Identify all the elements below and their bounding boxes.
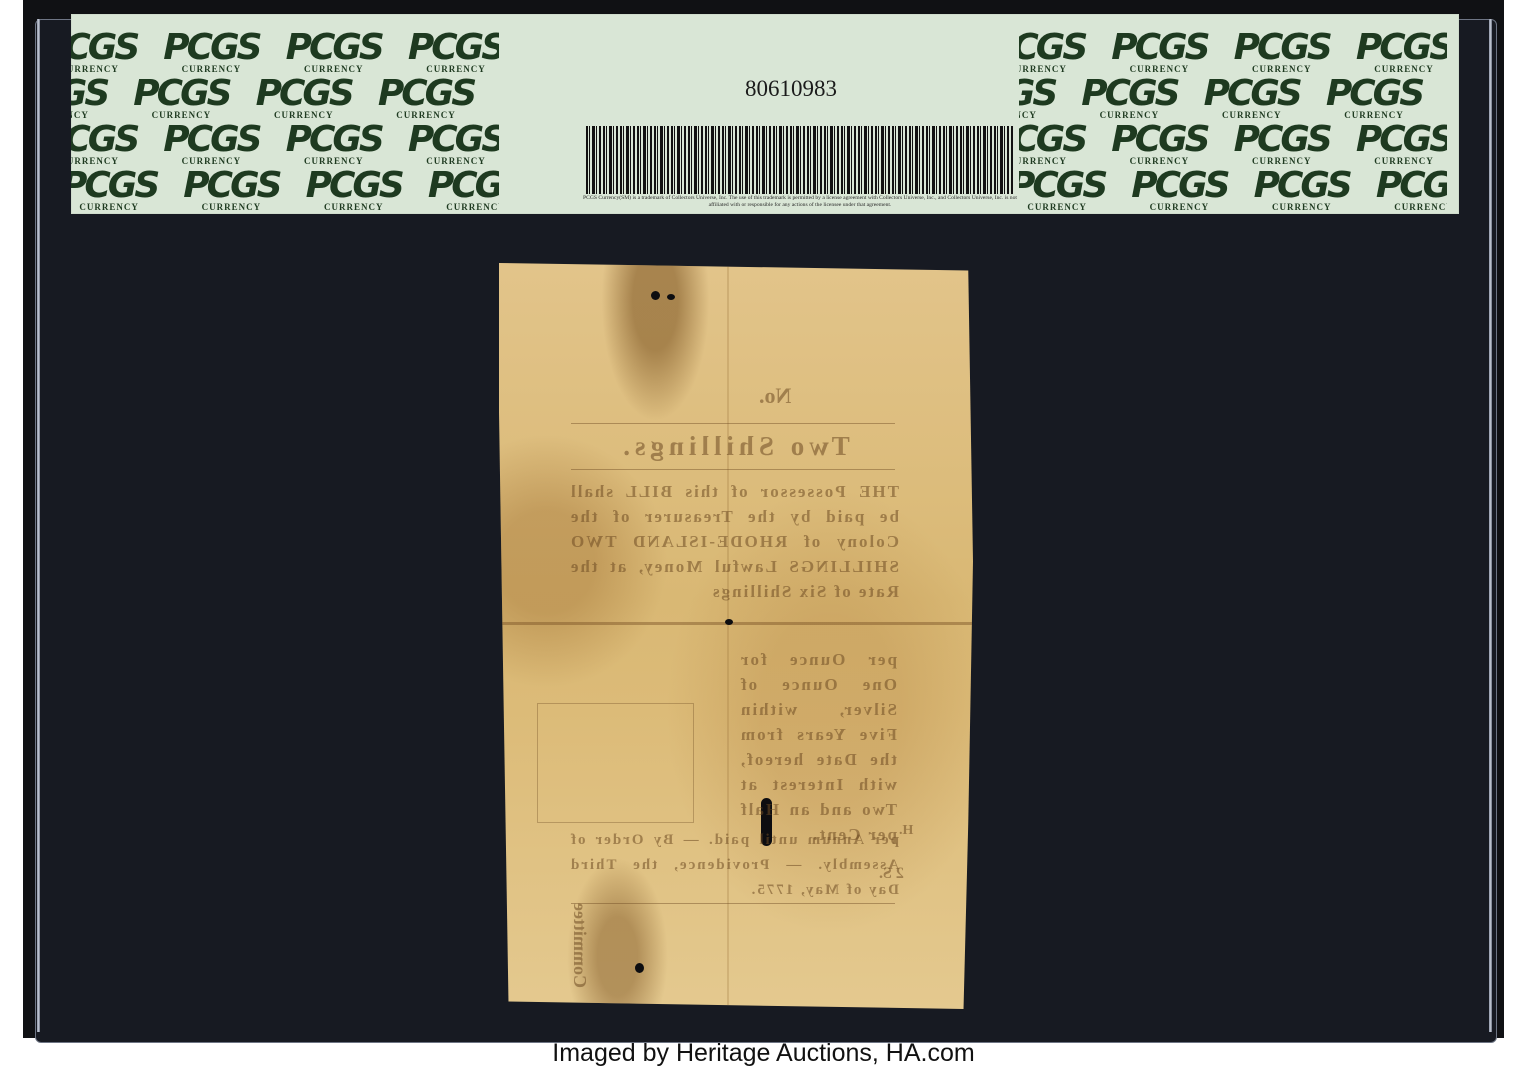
pcgs-logo-icon: PCGSCURRENCY — [378, 78, 474, 120]
horizontal-fold — [499, 622, 973, 625]
holder-scan-background: PCGSCURRENCY PCGSCURRENCY PCGSCURRENCY P… — [23, 0, 1504, 1038]
pcgs-logo-icon: PCGSCURRENCY — [1081, 78, 1177, 120]
trademark-disclaimer: PCGS Currency(SM) is a trademark of Coll… — [579, 195, 1021, 209]
pcgs-logo-icon: PCGSCURRENCY — [1254, 170, 1350, 212]
pcgs-logo-icon: PCGSCURRENCY — [133, 78, 229, 120]
rule-top — [571, 423, 895, 424]
holder-left-edge — [37, 19, 40, 1032]
seal-box — [537, 703, 694, 823]
pcgs-logo-icon: PCGSCURRENCY — [1111, 32, 1207, 74]
note-body-bottom: per Annum until paid. — By Order of Asse… — [569, 828, 899, 903]
pcgs-logo-icon: PCGSCURRENCY — [286, 32, 382, 74]
note-denomination-title: Two Shillings. — [569, 431, 899, 462]
hole-top-2 — [667, 294, 675, 300]
rule-title — [571, 469, 895, 470]
cert-number: 80610983 — [561, 76, 1021, 102]
pcgs-logo-icon: PCGSCURRENCY — [408, 32, 499, 74]
pcgs-logo-icon: PCGSCURRENCY — [1019, 78, 1055, 120]
note-body-middle: per Ounce for One Ounce of Silver, withi… — [739, 647, 897, 847]
pcgs-logo-icon: PCGSCURRENCY — [408, 124, 499, 166]
holder-right-edge — [1489, 19, 1492, 1032]
pcgs-logo-icon: PCGSCURRENCY — [1019, 32, 1085, 74]
pcgs-logo-icon: PCGSCURRENCY — [1326, 78, 1422, 120]
pcgs-logo-icon: PCGSCURRENCY — [163, 124, 259, 166]
pcgs-logo-icon: PCGSCURRENCY — [1019, 170, 1105, 212]
pcgs-logo-icon: PCGSCURRENCY — [1131, 170, 1227, 212]
pcgs-logo-icon: PCGSCURRENCY — [428, 170, 499, 212]
pcgs-logo-icon: PCGSCURRENCY — [71, 78, 107, 120]
image-credit: Imaged by Heritage Auctions, HA.com — [0, 1038, 1527, 1069]
pcgs-logo-icon: PCGSCURRENCY — [1356, 124, 1447, 166]
rule-bottom — [571, 903, 895, 904]
barcode — [586, 126, 1014, 194]
note-body-top: THE Possessor of this BILL shall be paid… — [569, 479, 899, 604]
note-tag: H. — [899, 823, 913, 839]
hole-bottom — [635, 963, 644, 973]
pcgs-logo-pattern-left: PCGSCURRENCY PCGSCURRENCY PCGSCURRENCY P… — [71, 14, 499, 214]
pcgs-logo-icon: PCGSCURRENCY — [1234, 124, 1330, 166]
pcgs-logo-icon: PCGSCURRENCY — [1356, 32, 1447, 74]
pcgs-logo-icon: PCGSCURRENCY — [306, 170, 402, 212]
pcgs-logo-icon: PCGSCURRENCY — [1234, 32, 1330, 74]
pcgs-logo-pattern-right: PCGSCURRENCY PCGSCURRENCY PCGSCURRENCY P… — [1019, 14, 1447, 214]
note-number-prefix: No. — [759, 383, 791, 409]
pcgs-logo-icon: PCGSCURRENCY — [163, 32, 259, 74]
pcgs-label: PCGSCURRENCY PCGSCURRENCY PCGSCURRENCY P… — [71, 14, 1459, 214]
note-amount: 2 S. — [879, 865, 904, 883]
note-committee: Committee — [569, 903, 590, 988]
pcgs-logo-icon: PCGSCURRENCY — [183, 170, 279, 212]
hole-top — [651, 291, 660, 300]
label-center: 80610983 PCGS Currency(SM) is a trademar… — [561, 14, 1021, 214]
pcgs-logo-icon: PCGSCURRENCY — [1111, 124, 1207, 166]
pcgs-logo-icon: PCGSCURRENCY — [286, 124, 382, 166]
pcgs-logo-icon: PCGSCURRENCY — [256, 78, 352, 120]
pcgs-logo-icon: PCGSCURRENCY — [71, 32, 137, 74]
pcgs-logo-icon: PCGSCURRENCY — [71, 170, 157, 212]
colonial-note-back: No. Two Shillings. THE Possessor of this… — [499, 263, 973, 1009]
hole-fold — [725, 619, 733, 625]
pcgs-logo-icon: PCGSCURRENCY — [1376, 170, 1447, 212]
pcgs-logo-icon: PCGSCURRENCY — [71, 124, 137, 166]
pcgs-logo-icon: PCGSCURRENCY — [1019, 124, 1085, 166]
pcgs-logo-icon: PCGSCURRENCY — [1204, 78, 1300, 120]
